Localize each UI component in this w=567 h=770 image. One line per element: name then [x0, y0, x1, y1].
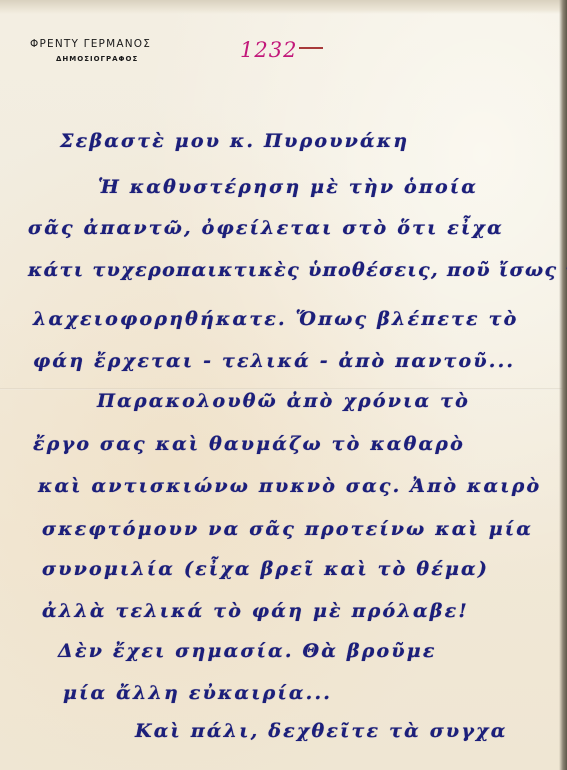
letter-line: καὶ αντισκιώνω πυκνὸ σας. Ἀπὸ καιρὸ — [38, 475, 541, 497]
letter-line: σκεφτόμουν να σᾶς προτείνω καὶ μία — [42, 518, 533, 540]
archive-number: 1232 — [240, 38, 323, 62]
letter-line: Παρακολουθῶ ἀπὸ χρόνια τὸ — [97, 390, 470, 412]
letter-line: φάη ἔρχεται - τελικά - ἀπὸ παντοῦ... — [33, 350, 515, 372]
letter-line: κάτι τυχεροπαικτικὲς ὑποθέσεις, ποῦ ἴσως… — [28, 259, 567, 281]
letterhead-title: ΔΗΜΟΣΙΟΓΡΑΦΟΣ — [56, 55, 138, 63]
archive-number-text: 1232 — [240, 38, 297, 62]
letter-line: συνομιλία (εἶχα βρεῖ καὶ τὸ θέμα) — [42, 558, 489, 580]
letter-line: μία ἄλλη εὐκαιρία... — [63, 682, 332, 704]
letter-line: ἀλλὰ τελικά τὸ φάη μὲ πρόλαβε! — [42, 600, 469, 622]
salutation-line: Σεβαστὲ μου κ. Πυρουνάκη — [60, 130, 409, 152]
letter-line: Ἡ καθυστέρηση μὲ τὴν ὁποία — [98, 176, 478, 198]
paper-right-edge-shadow — [559, 0, 567, 770]
letterhead-name: ΦΡΕΝΤΥ ΓΕΡΜΑΝΟΣ — [30, 38, 151, 50]
letter-line: σᾶς ἀπαντῶ, ὀφείλεται στὸ ὅτι εἶχα — [28, 217, 504, 239]
letter-line: Δὲν ἔχει σημασία. Θὰ βροῦμε — [58, 640, 437, 662]
closing-line: Καὶ πάλι, δεχθεῖτε τὰ συγχα — [135, 720, 508, 742]
letter-line: ἔργο σας καὶ θαυμάζω τὸ καθαρὸ — [33, 433, 465, 455]
letter-line: λαχειοφορηθήκατε. Ὅπως βλέπετε τὸ — [33, 308, 518, 330]
archive-number-dash — [299, 47, 323, 49]
paper-top-edge — [0, 0, 567, 14]
